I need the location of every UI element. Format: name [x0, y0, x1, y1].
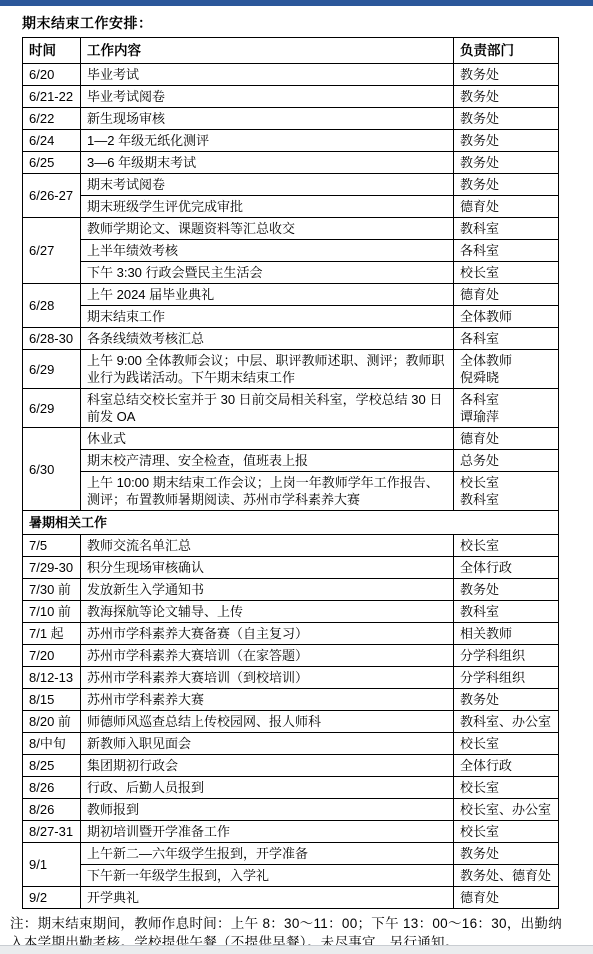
date-cell: 6/21-22	[23, 86, 81, 108]
department-cell: 教务处	[454, 86, 559, 108]
table-row: 6/28上午 2024 届毕业典礼德育处	[23, 284, 559, 306]
work-content-cell: 教师交流名单汇总	[81, 535, 454, 557]
department-cell: 校长室	[454, 535, 559, 557]
department-cell: 德育处	[454, 284, 559, 306]
department-cell: 校长室、办公室	[454, 799, 559, 821]
work-content-cell: 发放新生入学通知书	[81, 579, 454, 601]
department-cell: 德育处	[454, 428, 559, 450]
table-row: 7/29-30积分生现场审核确认全体行政	[23, 557, 559, 579]
table-row: 8/中旬新教师入职见面会校长室	[23, 733, 559, 755]
work-content-cell: 开学典礼	[81, 887, 454, 909]
work-content-cell: 新教师入职见面会	[81, 733, 454, 755]
table-row: 6/27教师学期论文、课题资料等汇总收交教科室	[23, 218, 559, 240]
date-cell: 8/15	[23, 689, 81, 711]
department-cell: 教务处	[454, 689, 559, 711]
department-cell: 教务处	[454, 64, 559, 86]
table-row: 6/26-27期末考试阅卷教务处	[23, 174, 559, 196]
department-cell: 校长室	[454, 821, 559, 843]
date-cell: 7/5	[23, 535, 81, 557]
department-cell: 教务处	[454, 579, 559, 601]
table-row: 下午 3:30 行政会暨民主生活会校长室	[23, 262, 559, 284]
table-row: 8/26教师报到校长室、办公室	[23, 799, 559, 821]
work-content-cell: 期末校产清理、安全检查，值班表上报	[81, 450, 454, 472]
work-content-cell: 期初培训暨开学准备工作	[81, 821, 454, 843]
table-row: 8/20 前师德师风巡查总结上传校园网、报人师科教科室、办公室	[23, 711, 559, 733]
department-cell: 教科室	[454, 601, 559, 623]
header-row: 时间工作内容负责部门	[23, 38, 559, 64]
table-row: 9/1上午新二—六年级学生报到，开学准备教务处	[23, 843, 559, 865]
table-row: 6/241—2 年级无纸化测评教务处	[23, 130, 559, 152]
column-header-2: 工作内容	[81, 38, 454, 64]
date-cell: 6/25	[23, 152, 81, 174]
work-content-cell: 苏州市学科素养大赛培训（到校培训）	[81, 667, 454, 689]
department-cell: 教务处	[454, 130, 559, 152]
document-body: 期末结束工作安排： 时间工作内容负责部门6/20毕业考试教务处6/21-22毕业…	[0, 6, 593, 952]
department-cell: 校长室	[454, 733, 559, 755]
work-content-cell: 下午 3:30 行政会暨民主生活会	[81, 262, 454, 284]
table-row: 期末校产清理、安全检查，值班表上报总务处	[23, 450, 559, 472]
date-cell: 6/28-30	[23, 328, 81, 350]
date-cell: 6/22	[23, 108, 81, 130]
column-header-1: 时间	[23, 38, 81, 64]
date-cell: 6/26-27	[23, 174, 81, 218]
department-cell: 全体行政	[454, 755, 559, 777]
table-row: 8/25集团期初行政会全体行政	[23, 755, 559, 777]
date-cell: 8/25	[23, 755, 81, 777]
work-content-cell: 毕业考试	[81, 64, 454, 86]
date-cell: 7/10 前	[23, 601, 81, 623]
work-content-cell: 毕业考试阅卷	[81, 86, 454, 108]
work-content-cell: 苏州市学科素养大赛备赛（自主复习）	[81, 623, 454, 645]
work-content-cell: 期末结束工作	[81, 306, 454, 328]
department-cell: 全体教师 倪舜晓	[454, 350, 559, 389]
column-header-3: 负责部门	[454, 38, 559, 64]
work-content-cell: 各条线绩效考核汇总	[81, 328, 454, 350]
department-cell: 分学科组织	[454, 645, 559, 667]
table-row: 6/22新生现场审核教务处	[23, 108, 559, 130]
table-row: 7/5教师交流名单汇总校长室	[23, 535, 559, 557]
work-content-cell: 1—2 年级无纸化测评	[81, 130, 454, 152]
work-content-cell: 期末班级学生评优完成审批	[81, 196, 454, 218]
work-content-cell: 上午 9:00 全体教师会议；中层、职评教师述职、测评；教师职业行为践诺活动。下…	[81, 350, 454, 389]
department-cell: 教务处	[454, 108, 559, 130]
table-row: 6/30休业式德育处	[23, 428, 559, 450]
department-cell: 相关教师	[454, 623, 559, 645]
date-cell: 6/24	[23, 130, 81, 152]
table-row: 期末结束工作全体教师	[23, 306, 559, 328]
date-cell: 8/12-13	[23, 667, 81, 689]
date-cell: 8/26	[23, 777, 81, 799]
date-cell: 8/27-31	[23, 821, 81, 843]
work-content-cell: 积分生现场审核确认	[81, 557, 454, 579]
department-cell: 校长室	[454, 777, 559, 799]
work-content-cell: 期末考试阅卷	[81, 174, 454, 196]
department-cell: 全体教师	[454, 306, 559, 328]
work-content-cell: 教师学期论文、课题资料等汇总收交	[81, 218, 454, 240]
date-cell: 8/中旬	[23, 733, 81, 755]
table-row: 7/10 前教海探航等论文辅导、上传教科室	[23, 601, 559, 623]
work-content-cell: 行政、后勤人员报到	[81, 777, 454, 799]
date-cell: 9/1	[23, 843, 81, 887]
footnote-line-1: 注：期末结束期间，教师作息时间：上午 8：30～11：00；下午 13：00～1…	[10, 916, 562, 931]
date-cell: 7/30 前	[23, 579, 81, 601]
department-cell: 校长室	[454, 262, 559, 284]
date-cell: 6/29	[23, 350, 81, 389]
section-header-row: 暑期相关工作	[23, 511, 559, 535]
work-content-cell: 休业式	[81, 428, 454, 450]
table-row: 9/2开学典礼德育处	[23, 887, 559, 909]
table-row: 6/29上午 9:00 全体教师会议；中层、职评教师述职、测评；教师职业行为践诺…	[23, 350, 559, 389]
date-cell: 9/2	[23, 887, 81, 909]
table-row: 7/1 起苏州市学科素养大赛备赛（自主复习）相关教师	[23, 623, 559, 645]
department-cell: 德育处	[454, 196, 559, 218]
department-cell: 分学科组织	[454, 667, 559, 689]
work-content-cell: 苏州市学科素养大赛	[81, 689, 454, 711]
table-row: 6/28-30各条线绩效考核汇总各科室	[23, 328, 559, 350]
section-label: 暑期相关工作	[23, 511, 559, 535]
table-row: 6/21-22毕业考试阅卷教务处	[23, 86, 559, 108]
department-cell: 教务处、德育处	[454, 865, 559, 887]
date-cell: 6/20	[23, 64, 81, 86]
work-content-cell: 师德师风巡查总结上传校园网、报人师科	[81, 711, 454, 733]
table-row: 8/27-31期初培训暨开学准备工作校长室	[23, 821, 559, 843]
table-row: 上半年绩效考核各科室	[23, 240, 559, 262]
table-row: 6/20毕业考试教务处	[23, 64, 559, 86]
work-content-cell: 苏州市学科素养大赛培训（在家答题）	[81, 645, 454, 667]
department-cell: 各科室	[454, 240, 559, 262]
date-cell: 8/20 前	[23, 711, 81, 733]
department-cell: 全体行政	[454, 557, 559, 579]
department-cell: 教务处	[454, 174, 559, 196]
date-cell: 7/1 起	[23, 623, 81, 645]
date-cell: 7/29-30	[23, 557, 81, 579]
date-cell: 6/28	[23, 284, 81, 328]
table-row: 下午新一年级学生报到，入学礼教务处、德育处	[23, 865, 559, 887]
work-content-cell: 科室总结交校长室并于 30 日前交局相关科室，学校总结 30 日前发 OA	[81, 389, 454, 428]
date-cell: 7/20	[23, 645, 81, 667]
bottom-scroll-strip	[0, 945, 593, 954]
work-content-cell: 教师报到	[81, 799, 454, 821]
work-content-cell: 上午新二—六年级学生报到，开学准备	[81, 843, 454, 865]
department-cell: 校长室 教科室	[454, 472, 559, 511]
date-cell: 6/29	[23, 389, 81, 428]
department-cell: 德育处	[454, 887, 559, 909]
work-content-cell: 集团期初行政会	[81, 755, 454, 777]
table-row: 8/26行政、后勤人员报到校长室	[23, 777, 559, 799]
work-content-cell: 上半年绩效考核	[81, 240, 454, 262]
table-row: 期末班级学生评优完成审批德育处	[23, 196, 559, 218]
table-row: 6/253—6 年级期末考试教务处	[23, 152, 559, 174]
department-cell: 各科室 谭瑜萍	[454, 389, 559, 428]
work-content-cell: 上午 2024 届毕业典礼	[81, 284, 454, 306]
table-row: 7/30 前发放新生入学通知书教务处	[23, 579, 559, 601]
department-cell: 教务处	[454, 843, 559, 865]
department-cell: 教务处	[454, 152, 559, 174]
date-cell: 6/27	[23, 218, 81, 284]
page-title: 期末结束工作安排：	[22, 13, 576, 33]
date-cell: 8/26	[23, 799, 81, 821]
date-cell: 6/30	[23, 428, 81, 511]
work-content-cell: 新生现场审核	[81, 108, 454, 130]
work-content-cell: 3—6 年级期末考试	[81, 152, 454, 174]
table-row: 6/29科室总结交校长室并于 30 日前交局相关科室，学校总结 30 日前发 O…	[23, 389, 559, 428]
end-of-term-schedule-table: 时间工作内容负责部门6/20毕业考试教务处6/21-22毕业考试阅卷教务处6/2…	[22, 37, 559, 909]
work-content-cell: 下午新一年级学生报到，入学礼	[81, 865, 454, 887]
table-row: 7/20苏州市学科素养大赛培训（在家答题）分学科组织	[23, 645, 559, 667]
table-row: 8/12-13苏州市学科素养大赛培训（到校培训）分学科组织	[23, 667, 559, 689]
work-content-cell: 上午 10:00 期末结束工作会议；上岗一年教师学年工作报告、测评；布置教师暑期…	[81, 472, 454, 511]
table-row: 8/15苏州市学科素养大赛教务处	[23, 689, 559, 711]
department-cell: 各科室	[454, 328, 559, 350]
work-content-cell: 教海探航等论文辅导、上传	[81, 601, 454, 623]
department-cell: 教科室、办公室	[454, 711, 559, 733]
department-cell: 教科室	[454, 218, 559, 240]
table-row: 上午 10:00 期末结束工作会议；上岗一年教师学年工作报告、测评；布置教师暑期…	[23, 472, 559, 511]
department-cell: 总务处	[454, 450, 559, 472]
